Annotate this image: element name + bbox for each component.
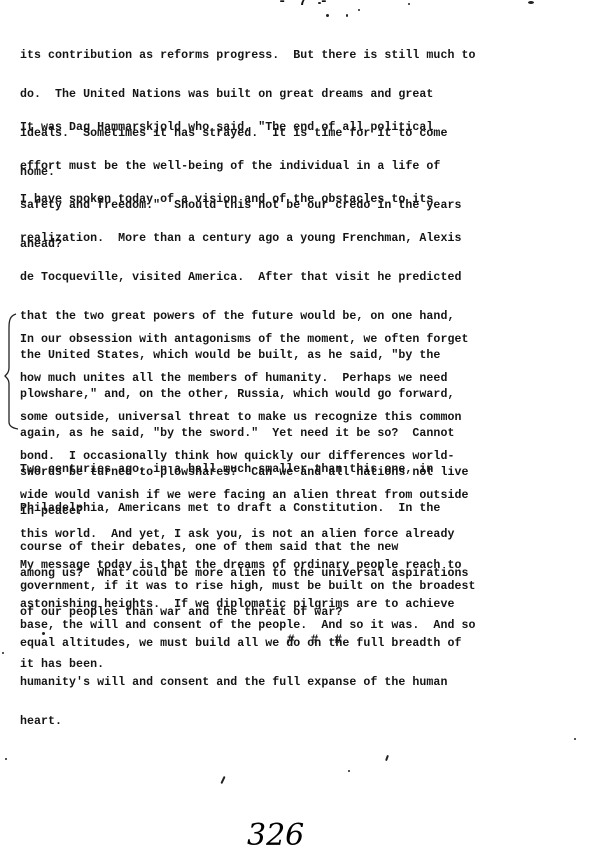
text-line: some outside, universal threat to make u… (20, 411, 600, 424)
scan-speck (358, 9, 360, 11)
scan-speck (318, 2, 321, 4)
end-mark: # # # (287, 632, 346, 647)
text-line: My message today is that the dreams of o… (20, 559, 600, 572)
text-line: Philadelphia, Americans met to draft a C… (20, 502, 600, 515)
text-line: de Tocqueville, visited America. After t… (20, 271, 600, 284)
text-line: In our obsession with antagonisms of the… (20, 333, 600, 346)
scan-speck (348, 770, 350, 772)
page-marker: - 7 - (278, 0, 330, 10)
text-line: astonishing heights. If we diplomatic pi… (20, 598, 600, 611)
handwritten-page-number: 326 (247, 818, 304, 853)
text-line: heart. (20, 715, 600, 728)
text-line: its contribution as reforms progress. Bu… (20, 49, 600, 62)
text-line: I have spoken today of a vision and of t… (20, 193, 600, 206)
scan-speck (528, 1, 534, 4)
scan-speck (2, 652, 4, 654)
text-line: Two centuries ago, in a hall much smalle… (20, 463, 600, 476)
text-line: It was Dag Hammarskjold who said, "The e… (20, 121, 600, 134)
scan-speck (326, 14, 329, 17)
scan-speck (385, 755, 389, 761)
text-line: humanity's will and consent and the full… (20, 676, 600, 689)
scan-speck (408, 3, 410, 5)
scan-speck (220, 776, 225, 784)
scan-speck (5, 758, 7, 760)
text-line: how much unites all the members of human… (20, 372, 600, 385)
scan-speck (574, 738, 576, 740)
scan-speck (42, 632, 45, 635)
scan-speck (346, 14, 348, 17)
margin-bracket (4, 312, 20, 430)
text-line: realization. More than a century ago a y… (20, 232, 600, 245)
